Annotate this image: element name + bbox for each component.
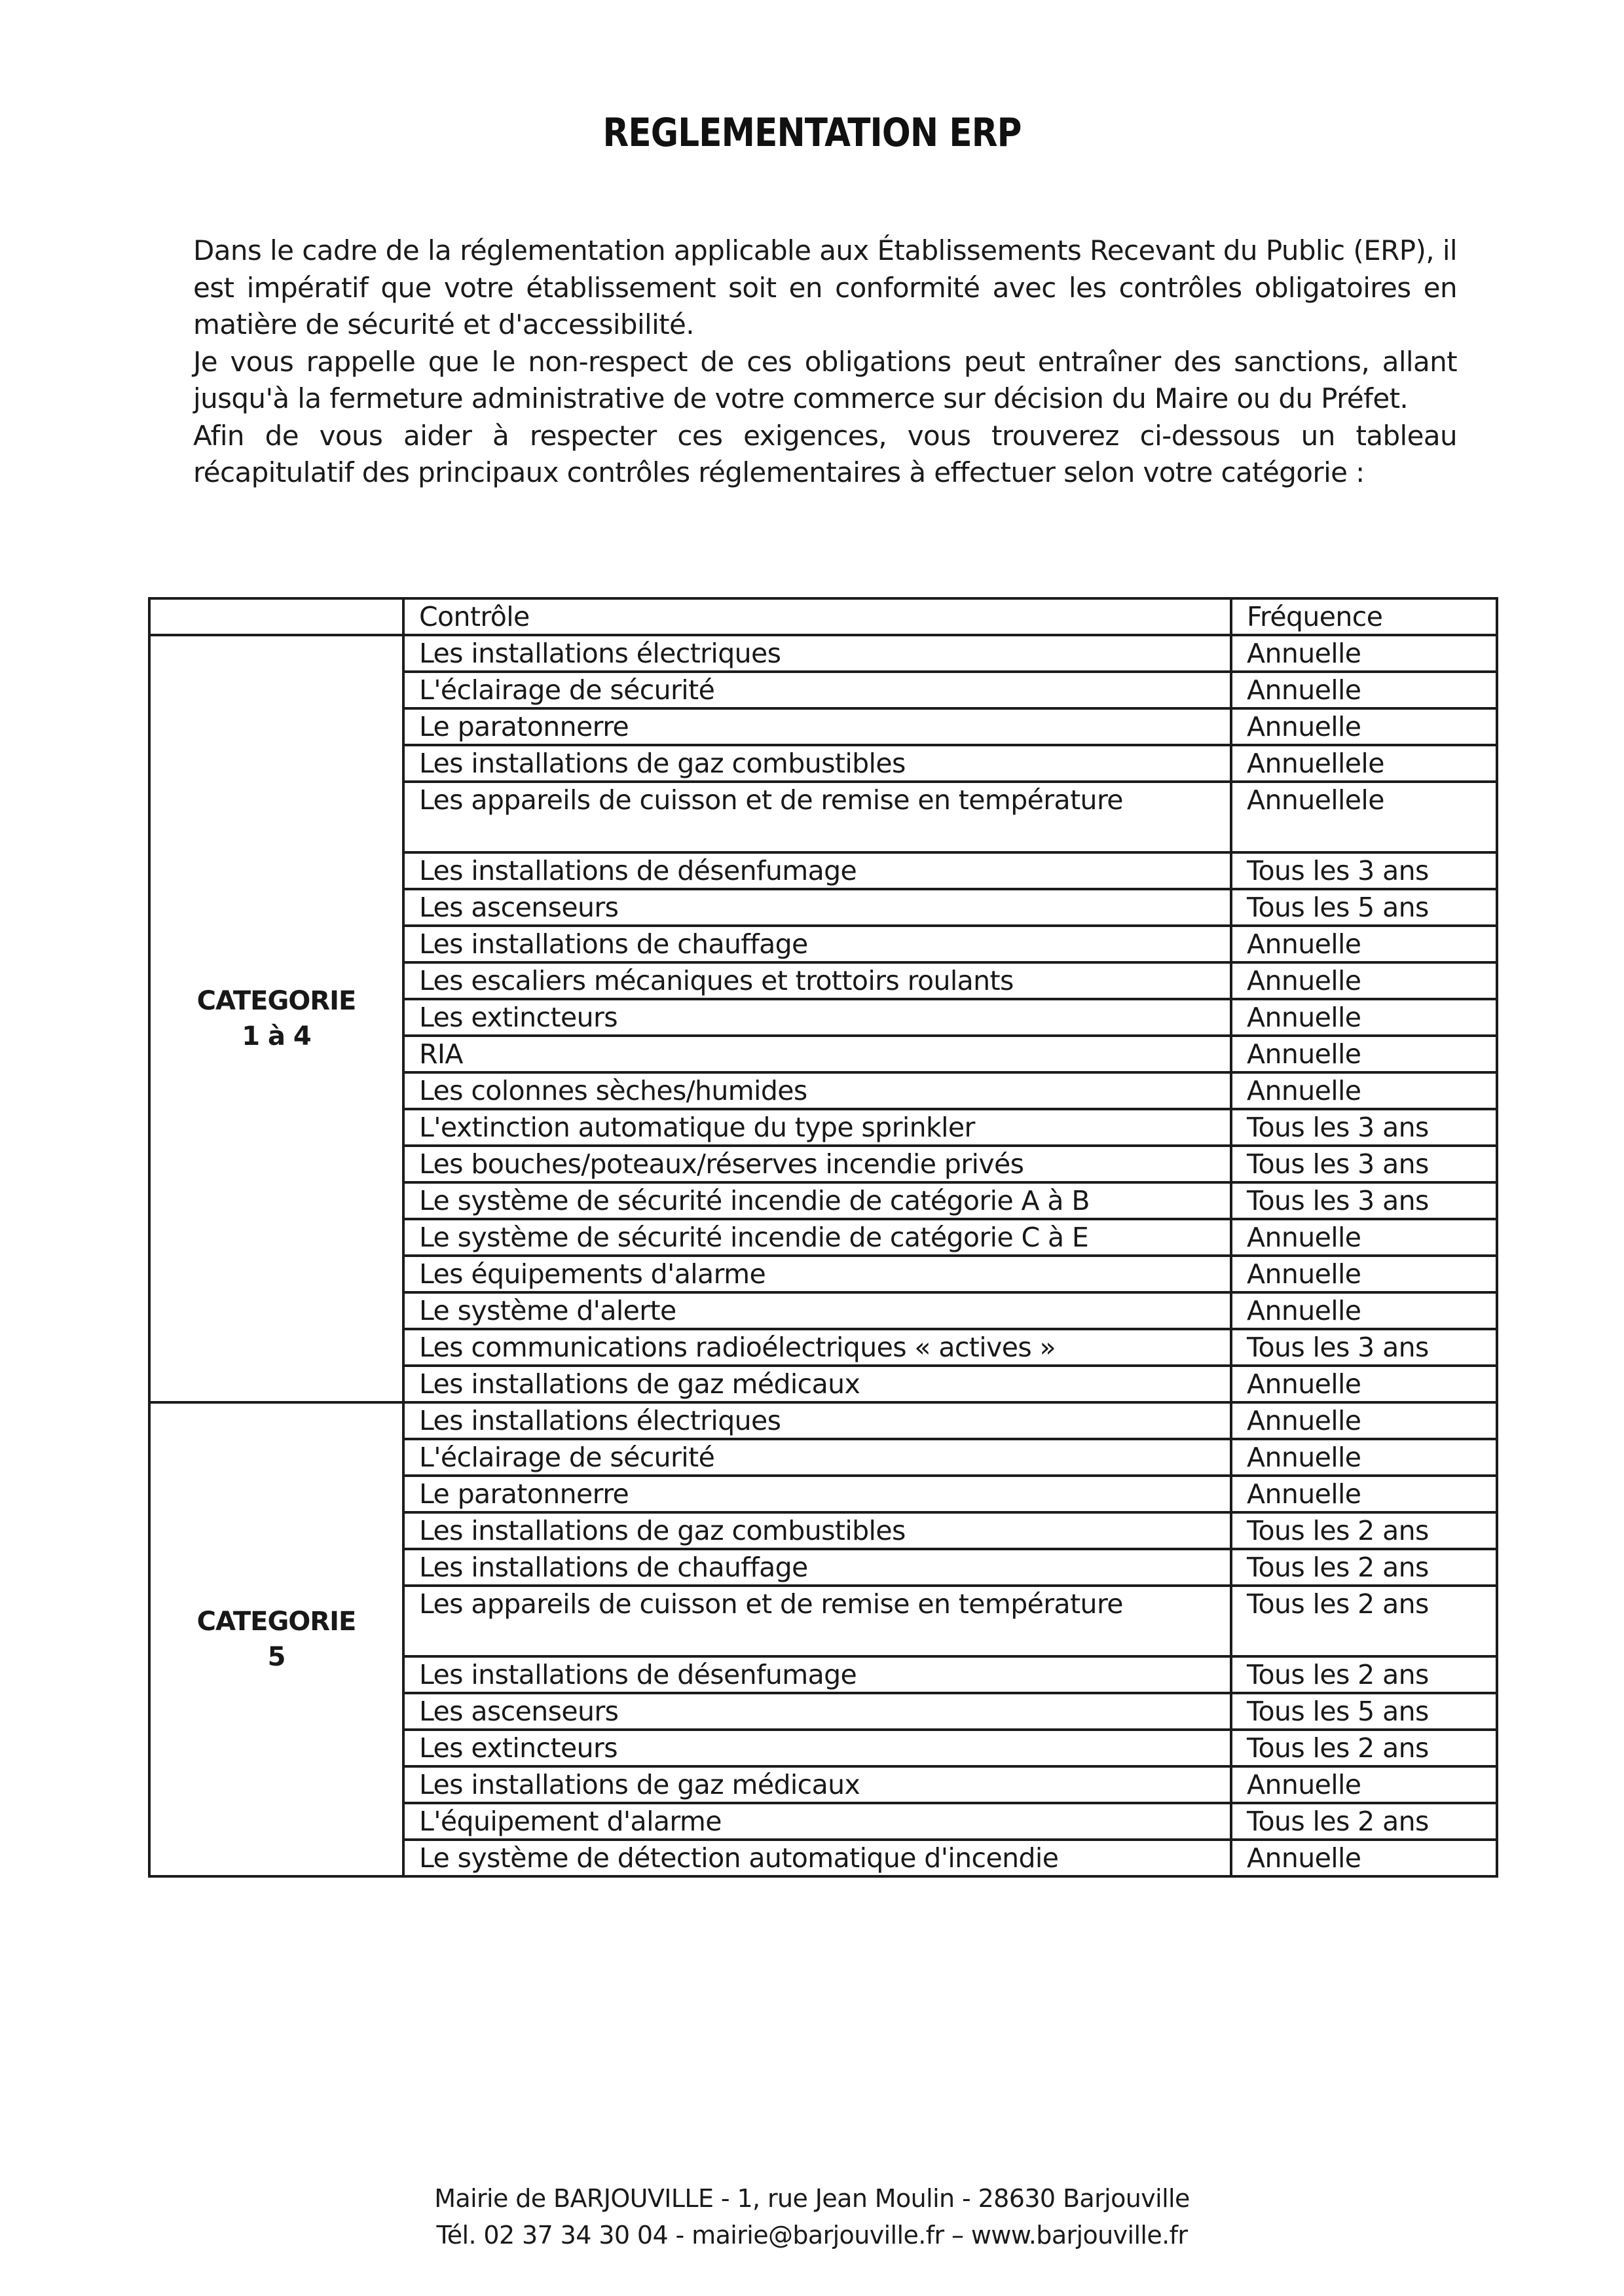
category-cell: CATEGORIE5 xyxy=(149,1402,403,1876)
frequency-cell: Annuelle xyxy=(1231,635,1497,672)
control-cell: Le paratonnerre xyxy=(403,1476,1231,1512)
frequency-cell: Annuelle xyxy=(1231,1292,1497,1329)
frequency-cell: Annuellele xyxy=(1231,782,1497,852)
control-cell: Les installations de chauffage xyxy=(403,926,1231,962)
frequency-cell: Annuelle xyxy=(1231,1366,1497,1402)
control-cell: Le système de sécurité incendie de catég… xyxy=(403,1182,1231,1219)
controls-table: Contrôle Fréquence CATEGORIE1 à 4Les ins… xyxy=(148,597,1498,1878)
frequency-cell: Annuelle xyxy=(1231,999,1497,1036)
control-cell: Les installations de gaz médicaux xyxy=(403,1766,1231,1803)
frequency-cell: Tous les 5 ans xyxy=(1231,889,1497,926)
control-cell: L'extinction automatique du type sprinkl… xyxy=(403,1109,1231,1146)
control-cell: Les ascenseurs xyxy=(403,1693,1231,1730)
table-body: CATEGORIE1 à 4Les installations électriq… xyxy=(149,635,1497,1876)
frequency-cell: Annuelle xyxy=(1231,1072,1497,1109)
footer: Mairie de BARJOUVILLE - 1, rue Jean Moul… xyxy=(0,2180,1624,2253)
intro-paragraph: Afin de vous aider à respecter ces exige… xyxy=(193,418,1457,492)
control-cell: Les installations de désenfumage xyxy=(403,1656,1231,1693)
control-cell: Les appareils de cuisson et de remise en… xyxy=(403,782,1231,852)
footer-address: Mairie de BARJOUVILLE - 1, rue Jean Moul… xyxy=(0,2180,1624,2217)
frequency-cell: Annuelle xyxy=(1231,1439,1497,1476)
control-cell: Les installations de gaz médicaux xyxy=(403,1366,1231,1402)
control-cell: Les installations électriques xyxy=(403,635,1231,672)
frequency-cell: Tous les 3 ans xyxy=(1231,1182,1497,1219)
table-row: CATEGORIE1 à 4Les installations électriq… xyxy=(149,635,1497,672)
control-cell: Les colonnes sèches/humides xyxy=(403,1072,1231,1109)
category-cell: CATEGORIE1 à 4 xyxy=(149,635,403,1402)
control-cell: RIA xyxy=(403,1036,1231,1072)
frequency-cell: Tous les 2 ans xyxy=(1231,1512,1497,1549)
frequency-cell: Tous les 3 ans xyxy=(1231,852,1497,889)
control-cell: Les escaliers mécaniques et trottoirs ro… xyxy=(403,962,1231,999)
control-cell: Les extincteurs xyxy=(403,999,1231,1036)
intro-text: Dans le cadre de la réglementation appli… xyxy=(193,232,1457,492)
frequency-cell: Annuelle xyxy=(1231,1219,1497,1256)
control-cell: Les installations de chauffage xyxy=(403,1549,1231,1586)
control-cell: Les installations électriques xyxy=(403,1402,1231,1439)
header-frequency: Fréquence xyxy=(1231,598,1497,635)
control-cell: Le système de détection automatique d'in… xyxy=(403,1840,1231,1876)
control-cell: Les extincteurs xyxy=(403,1730,1231,1766)
frequency-cell: Tous les 5 ans xyxy=(1231,1693,1497,1730)
control-cell: Le système de sécurité incendie de catég… xyxy=(403,1219,1231,1256)
control-cell: Les communications radioélectriques « ac… xyxy=(403,1329,1231,1366)
frequency-cell: Annuelle xyxy=(1231,1256,1497,1292)
frequency-cell: Annuelle xyxy=(1231,926,1497,962)
frequency-cell: Annuelle xyxy=(1231,1840,1497,1876)
frequency-cell: Tous les 2 ans xyxy=(1231,1730,1497,1766)
frequency-cell: Annuelle xyxy=(1231,708,1497,745)
category-label: CATEGORIE xyxy=(151,1604,402,1639)
control-cell: Les installations de gaz combustibles xyxy=(403,745,1231,782)
frequency-cell: Annuelle xyxy=(1231,1476,1497,1512)
category-range: 1 à 4 xyxy=(151,1019,402,1054)
frequency-cell: Tous les 3 ans xyxy=(1231,1329,1497,1366)
table-row: CATEGORIE5Les installations électriquesA… xyxy=(149,1402,1497,1439)
control-cell: L'éclairage de sécurité xyxy=(403,672,1231,708)
frequency-cell: Annuelle xyxy=(1231,1036,1497,1072)
frequency-cell: Annuelle xyxy=(1231,962,1497,999)
control-cell: Les installations de désenfumage xyxy=(403,852,1231,889)
page-title: REGLEMENTATION ERP xyxy=(114,110,1511,156)
frequency-cell: Annuelle xyxy=(1231,1766,1497,1803)
control-cell: Les appareils de cuisson et de remise en… xyxy=(403,1586,1231,1656)
category-label: CATEGORIE xyxy=(151,983,402,1019)
control-cell: Le paratonnerre xyxy=(403,708,1231,745)
control-cell: Les équipements d'alarme xyxy=(403,1256,1231,1292)
control-cell: L'équipement d'alarme xyxy=(403,1803,1231,1840)
control-cell: Les bouches/poteaux/réserves incendie pr… xyxy=(403,1146,1231,1182)
control-cell: Le système d'alerte xyxy=(403,1292,1231,1329)
frequency-cell: Tous les 2 ans xyxy=(1231,1549,1497,1586)
intro-paragraph: Dans le cadre de la réglementation appli… xyxy=(193,232,1457,344)
frequency-cell: Annuelle xyxy=(1231,672,1497,708)
intro-paragraph: Je vous rappelle que le non-respect de c… xyxy=(193,344,1457,418)
frequency-cell: Tous les 2 ans xyxy=(1231,1656,1497,1693)
footer-contact: Tél. 02 37 34 30 04 - mairie@barjouville… xyxy=(0,2217,1624,2253)
frequency-cell: Tous les 2 ans xyxy=(1231,1803,1497,1840)
control-cell: Les installations de gaz combustibles xyxy=(403,1512,1231,1549)
header-control: Contrôle xyxy=(403,598,1231,635)
frequency-cell: Annuellele xyxy=(1231,745,1497,782)
frequency-cell: Tous les 3 ans xyxy=(1231,1109,1497,1146)
control-cell: Les ascenseurs xyxy=(403,889,1231,926)
table-header-row: Contrôle Fréquence xyxy=(149,598,1497,635)
category-range: 5 xyxy=(151,1639,402,1675)
frequency-cell: Tous les 2 ans xyxy=(1231,1586,1497,1656)
frequency-cell: Tous les 3 ans xyxy=(1231,1146,1497,1182)
frequency-cell: Annuelle xyxy=(1231,1402,1497,1439)
header-category xyxy=(149,598,403,635)
control-cell: L'éclairage de sécurité xyxy=(403,1439,1231,1476)
